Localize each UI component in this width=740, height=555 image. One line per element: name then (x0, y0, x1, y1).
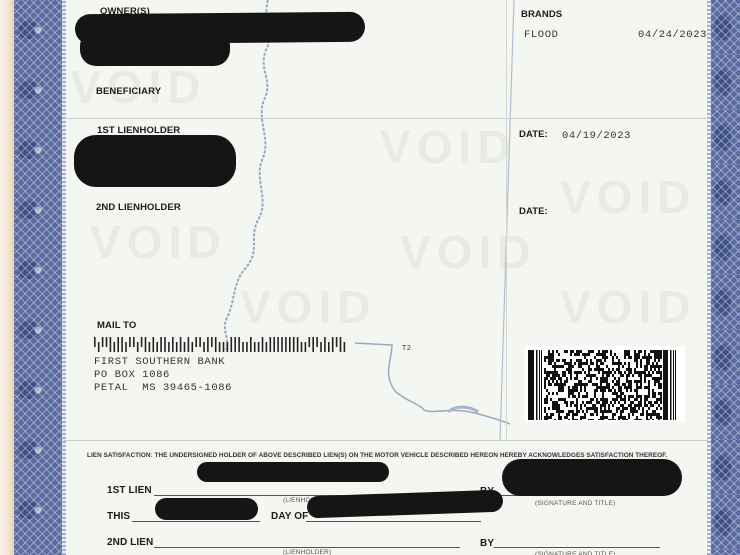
column-divider (506, 0, 507, 440)
lien-1-date: 04/19/2023 (562, 130, 631, 142)
owner-address-redacted (80, 30, 230, 66)
lienholder-name-redacted (197, 462, 389, 482)
day-redacted (155, 498, 258, 520)
signature-caption: (SIGNATURE AND TITLE) (535, 500, 616, 507)
code-mark: T2 (402, 345, 412, 353)
signature-caption-2: (SIGNATURE AND TITLE) (535, 551, 616, 555)
by-label-2: BY (480, 538, 494, 549)
title-document: VOID VOID VOID VOID VOID VOID VOID OWNER… (0, 0, 740, 555)
mail-to-line-2: PO BOX 1086 (94, 369, 170, 381)
signature-redacted (502, 459, 682, 496)
beneficiary-label: BENEFICIARY (96, 86, 161, 97)
second-lien-line[interactable] (154, 547, 460, 548)
mail-to-line-3: PETAL MS 39465-1086 (94, 382, 232, 394)
mail-to-label: MAIL TO (97, 320, 136, 331)
day-of-label: DAY OF (271, 511, 308, 522)
brand-date: 04/24/2023 (638, 29, 707, 41)
lienholder-1-redacted (74, 135, 236, 187)
postal-barcode (94, 337, 349, 353)
lienholder-caption-2: (LIENHOLDER) (283, 549, 331, 555)
lienholder-2-label: 2ND LIENHOLDER (96, 202, 181, 213)
brand-value: FLOOD (524, 29, 559, 41)
lien-satisfaction-statement: LIEN SATISFACTION: THE UNDERSIGNED HOLDE… (87, 452, 667, 459)
signature-line-2[interactable] (494, 547, 660, 548)
second-lien-label: 2ND LIEN (107, 537, 153, 548)
mail-to-line-1: FIRST SOUTHERN BANK (94, 356, 225, 368)
section-divider (64, 118, 709, 119)
this-label: THIS (107, 511, 130, 522)
day-line[interactable] (132, 521, 260, 522)
brands-label: BRANDS (521, 9, 562, 20)
date-label-1: DATE: (519, 129, 548, 140)
section-divider (64, 440, 709, 441)
month-line[interactable] (306, 521, 481, 522)
date-label-2: DATE: (519, 206, 548, 217)
pdf417-barcode (525, 346, 685, 422)
first-lien-label: 1ST LIEN (107, 485, 152, 496)
